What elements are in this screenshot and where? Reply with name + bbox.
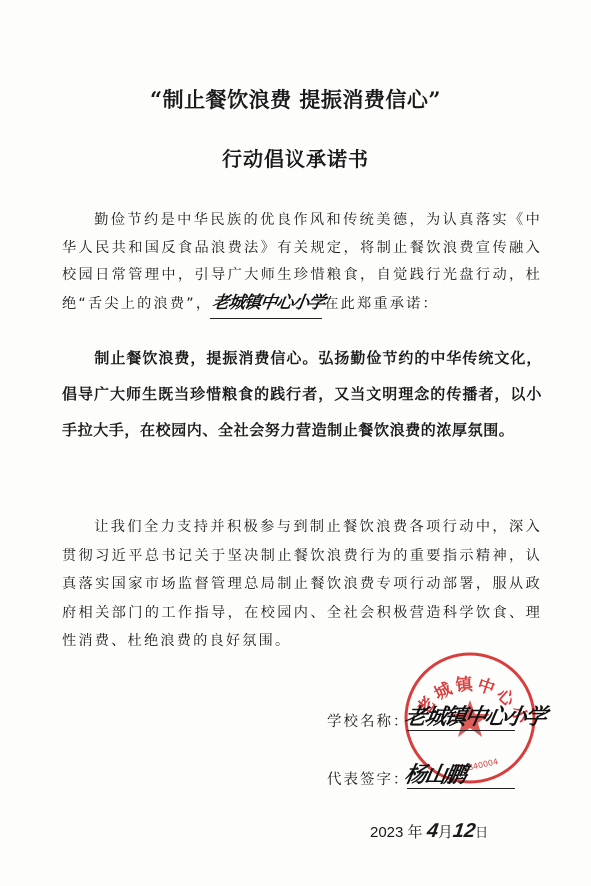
school-name-handwritten: 老城镇中心小学 xyxy=(402,700,547,731)
date-month-unit: 月 xyxy=(438,824,453,841)
school-name-row: 学校名称： 老城镇中心小学 xyxy=(327,710,410,731)
intro-text-end: 在此郑重承诺： xyxy=(324,296,439,312)
date-day: 12 xyxy=(451,820,476,843)
date-year: 2023 xyxy=(370,824,403,841)
date: 2023 年 4月12日 xyxy=(370,820,488,843)
representative-row: 代表签字： 杨山鹏 xyxy=(327,768,410,789)
commitment-text: 制止餐饮浪费，提振消费信心。弘扬勤俭节约的中华传统文化，倡导广大师生既当珍惜粮食… xyxy=(62,349,542,439)
paragraph-call-to-action: 让我们全力支持并积极参与到制止餐饮浪费各项行动中，深入贯彻习近平总书记关于坚决制… xyxy=(62,513,542,656)
date-year-unit: 年 xyxy=(408,824,423,841)
document-title: “制止餐饮浪费 提振消费信心” xyxy=(0,84,591,114)
date-day-unit: 日 xyxy=(475,825,488,840)
representative-signature: 杨山鹏 xyxy=(402,758,467,789)
call-to-action-text: 让我们全力支持并积极参与到制止餐饮浪费各项行动中，深入贯彻习近平总书记关于坚决制… xyxy=(62,519,542,649)
handwritten-school-name: 老城镇中心小学 xyxy=(210,290,326,319)
document-subtitle: 行动倡议承诺书 xyxy=(0,143,591,172)
school-name-label: 学校名称： xyxy=(327,710,410,731)
paragraph-intro: 勤俭节约是中华民族的优良作风和传统美德，为认真落实《中华人民共和国反食品浪费法》… xyxy=(62,207,542,318)
representative-label: 代表签字： xyxy=(327,768,410,789)
paragraph-commitment: 制止餐饮浪费，提振消费信心。弘扬勤俭节约的中华传统文化，倡导广大师生既当珍惜粮食… xyxy=(62,340,542,448)
